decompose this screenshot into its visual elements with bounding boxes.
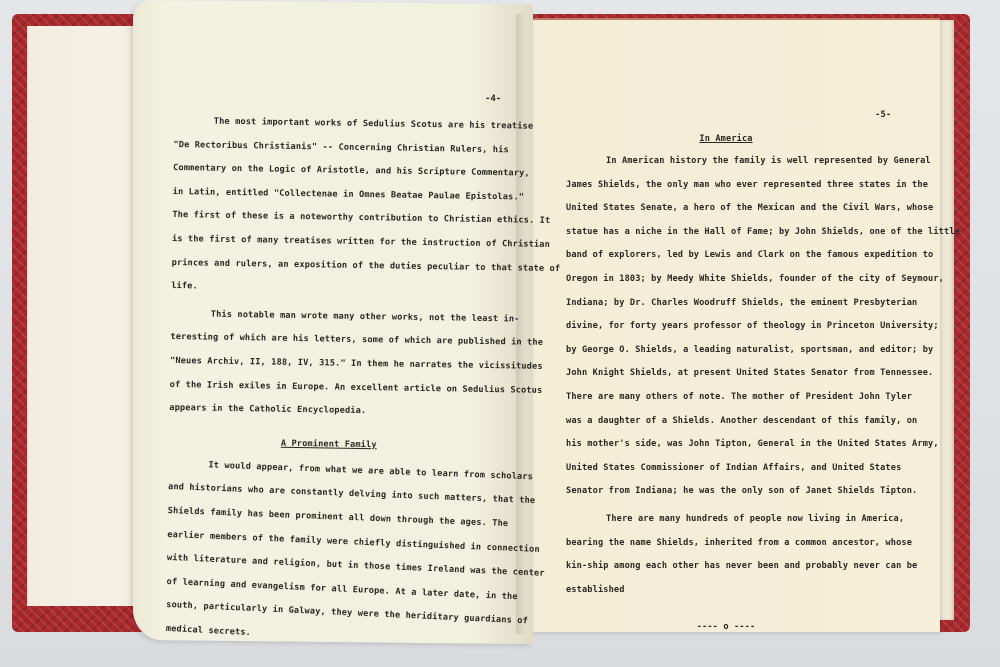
left-page-text: The most important works of Sedulius Sco… bbox=[166, 110, 563, 648]
right-page-text: In America In American history the famil… bbox=[566, 128, 960, 638]
text-line: United States Commissioner of Indian Aff… bbox=[566, 457, 960, 481]
text-line: Oregon in 1803; by Meedy White Shields, … bbox=[566, 268, 960, 292]
text-line: Senator from Indiana; he was the only so… bbox=[566, 480, 960, 504]
text-line: United States Senate, a hero of the Mexi… bbox=[566, 197, 960, 221]
inside-front-cover bbox=[27, 26, 142, 606]
text-line: was a daughter of a Shields. Another des… bbox=[566, 410, 960, 434]
text-line: John Knight Shields, at present United S… bbox=[566, 362, 960, 386]
section-heading-prominent-family: A Prominent Family bbox=[169, 431, 489, 458]
text-line: In American history the family is well r… bbox=[566, 150, 960, 174]
text-line: established bbox=[566, 579, 960, 603]
section-separator: ---- o ---- bbox=[566, 616, 886, 638]
section-heading-in-america: In America bbox=[566, 128, 886, 150]
text-line: his mother's side, was John Tipton, Gene… bbox=[566, 433, 960, 457]
text-line: Indiana; by Dr. Charles Woodruff Shields… bbox=[566, 292, 960, 316]
text-line: divine, for forty years professor of the… bbox=[566, 315, 960, 339]
page-number-left: -4- bbox=[485, 94, 501, 104]
text-line: by George O. Shields, a leading naturali… bbox=[566, 339, 960, 363]
text-line: There are many others of note. The mothe… bbox=[566, 386, 960, 410]
page-number-right: -5- bbox=[875, 110, 891, 120]
text-line: kin-ship among each other has never been… bbox=[566, 555, 960, 579]
text-line: statue has a niche in the Hall of Fame; … bbox=[566, 221, 960, 245]
text-line: bearing the name Shields, inherited from… bbox=[566, 532, 960, 556]
text-line: There are many hundreds of people now li… bbox=[566, 508, 960, 532]
text-line: band of explorers, led by Lewis and Clar… bbox=[566, 244, 960, 268]
text-line: James Shields, the only man who ever rep… bbox=[566, 174, 960, 198]
